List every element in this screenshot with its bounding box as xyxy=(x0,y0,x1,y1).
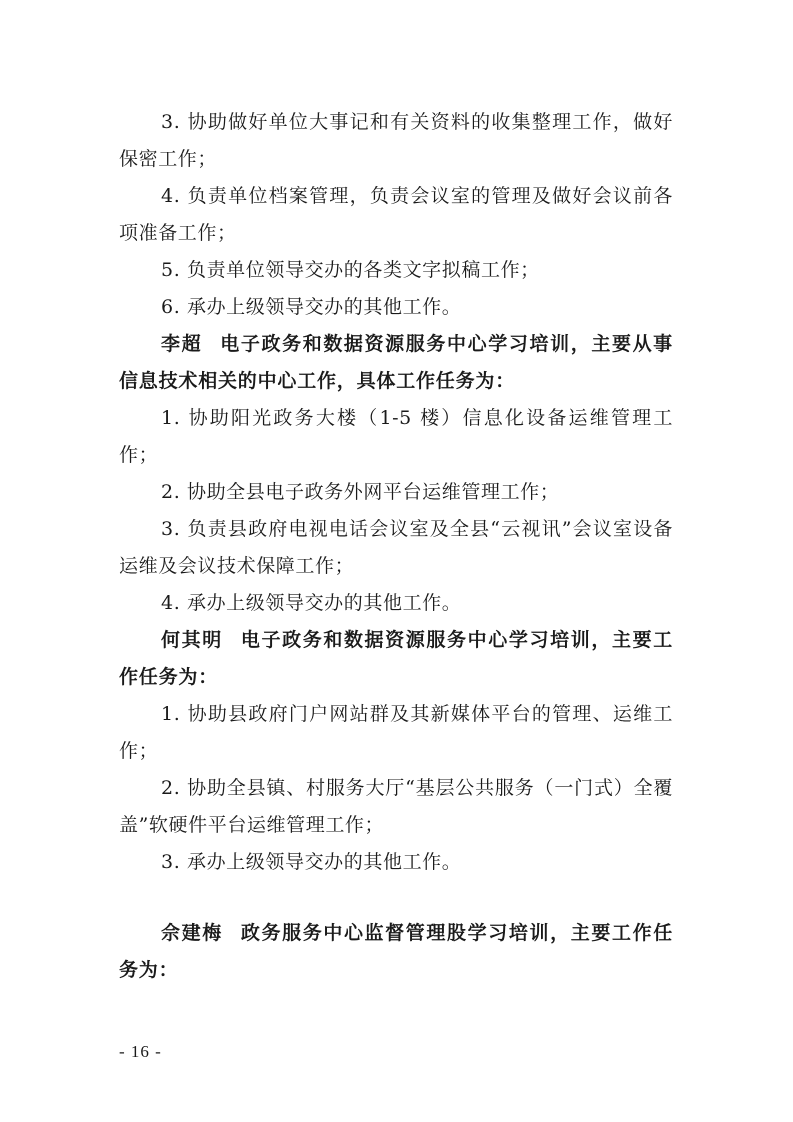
task-item: 4. 负责单位档案管理，负责会议室的管理及做好会议前各项准备工作； xyxy=(119,178,673,252)
staff-heading-he-qiming: 何其明电子政务和数据资源服务中心学习培训，主要工作任务为： xyxy=(119,622,673,696)
staff-heading-li-chao: 李超电子政务和数据资源服务中心学习培训，主要从事信息技术相关的中心工作，具体工作… xyxy=(119,326,673,400)
task-item: 3. 承办上级领导交办的其他工作。 xyxy=(119,844,673,881)
task-item: 3. 协助做好单位大事记和有关资料的收集整理工作，做好保密工作； xyxy=(119,104,673,178)
task-item: 2. 协助全县电子政务外网平台运维管理工作； xyxy=(119,474,673,511)
task-item: 1. 协助阳光政务大楼（1-5 楼）信息化设备运维管理工作； xyxy=(119,400,673,474)
staff-heading-she-jianmei: 佘建梅政务服务中心监督管理股学习培训，主要工作任务为： xyxy=(119,915,673,989)
task-item: 2. 协助全县镇、村服务大厅“基层公共服务（一门式）全覆盖”软硬件平台运维管理工… xyxy=(119,770,673,844)
task-item: 4. 承办上级领导交办的其他工作。 xyxy=(119,585,673,622)
staff-name: 何其明 xyxy=(161,629,223,651)
staff-duty-intro: 电子政务和数据资源服务中心学习培训，主要从事信息技术相关的中心工作，具体工作任务… xyxy=(119,333,673,392)
page-number: - 16 - xyxy=(119,1040,162,1064)
task-item: 3. 负责县政府电视电话会议室及全县“云视讯”会议室设备运维及会议技术保障工作； xyxy=(119,511,673,585)
task-item: 6. 承办上级领导交办的其他工作。 xyxy=(119,289,673,326)
task-item: 5. 负责单位领导交办的各类文字拟稿工作； xyxy=(119,252,673,289)
task-item: 1. 协助县政府门户网站群及其新媒体平台的管理、运维工作； xyxy=(119,696,673,770)
document-page: 3. 协助做好单位大事记和有关资料的收集整理工作，做好保密工作； 4. 负责单位… xyxy=(119,104,673,989)
staff-name: 佘建梅 xyxy=(161,922,223,944)
staff-name: 李超 xyxy=(161,333,202,355)
paragraph-gap xyxy=(119,881,673,915)
